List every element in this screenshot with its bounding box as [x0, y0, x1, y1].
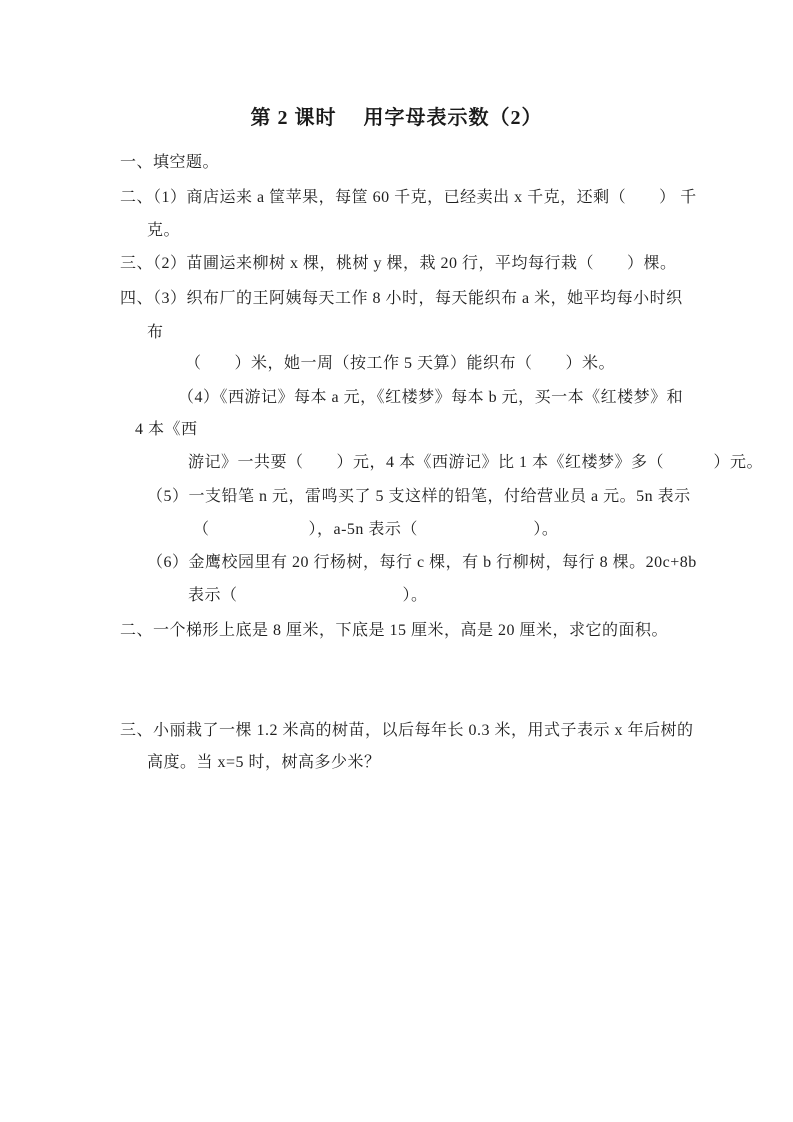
text-line-q4-part2: 4 本《西: [135, 416, 198, 439]
text-line-q2: 三、（2）苗圃运来柳树 x 棵，桃树 y 棵，栽 20 行，平均每行栽（ ）棵。: [120, 250, 677, 273]
text-line-q1-part2: 克。: [147, 217, 180, 240]
text-line-q6-part1: （6）金鹰校园里有 20 行杨树，每行 c 棵，有 b 行柳树，每行 8 棵。2…: [147, 549, 697, 572]
text-line-q3-part1: 四、（3）织布厂的王阿姨每天工作 8 小时，每天能织布 a 米，她平均每小时织: [120, 285, 683, 308]
page-title: 第 2 课时 用字母表示数（2）: [0, 101, 793, 130]
text-line-section1-heading: 一、填空题。: [120, 149, 219, 172]
text-line-q4-part3: 游记》一共要（ ）元，4 本《西游记》比 1 本《红楼梦》多（ ）元。: [188, 449, 763, 472]
text-line-q1-part1: 二、（1）商店运来 a 筐苹果，每筐 60 千克，已经卖出 x 千克，还剩（ ）…: [120, 184, 697, 207]
document-page: 第 2 课时 用字母表示数（2） 一、填空题。 二、（1）商店运来 a 筐苹果，…: [0, 0, 793, 1122]
text-line-q6-part2: 表示（ ）。: [188, 582, 428, 605]
text-line-q5-part1: （5）一支铅笔 n 元，雷鸣买了 5 支这样的铅笔，付给营业员 a 元。5n 表…: [147, 483, 691, 506]
text-line-section2-trapezoid: 二、一个梯形上底是 8 厘米，下底是 15 厘米，高是 20 厘米，求它的面积。: [120, 617, 668, 640]
text-line-q4-part1: （4）《西游记》每本 a 元，《红楼梦》每本 b 元，买一本《红楼梦》和: [178, 384, 683, 407]
text-line-q5-part2: （ ），a-5n 表示（ ）。: [193, 516, 558, 539]
text-line-q3-part3: （ ）米，她一周（按工作 5 天算）能织布（ ）米。: [185, 350, 615, 373]
text-line-section3-tree-part1: 三、小丽栽了一棵 1.2 米高的树苗，以后每年长 0.3 米，用式子表示 x 年…: [120, 717, 694, 740]
text-line-q3-part2: 布: [147, 319, 164, 342]
text-line-section3-tree-part2: 高度。当 x=5 时，树高多少米？: [147, 749, 381, 772]
